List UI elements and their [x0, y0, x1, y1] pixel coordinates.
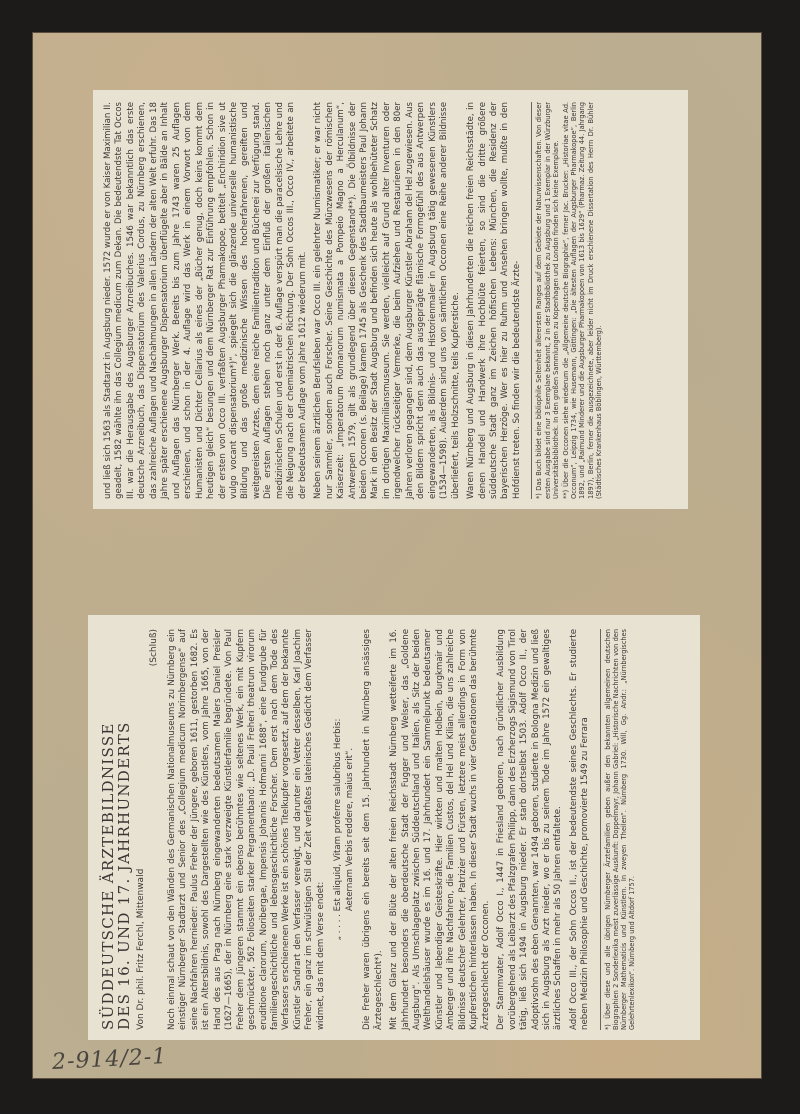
title-line-2: DES 16. UND 17. JAHRHUNDERTS — [116, 629, 132, 1030]
newspaper-clipping-right: und ließ sich 1563 als Stadtarzt in Augs… — [93, 90, 688, 509]
paragraph: und ließ sich 1563 als Stadtarzt in Augs… — [103, 102, 309, 499]
clipping-left-content: SÜDDEUTSCHE ÄRZTEBILDNISSE DES 16. UND 1… — [88, 615, 700, 1040]
verse-line-2: Aeternam Verbis reddere, maius erit“. — [345, 629, 356, 1030]
title-line-1: SÜDDEUTSCHE ÄRZTEBILDNISSE — [100, 629, 116, 1030]
clipping-right-content: und ließ sich 1563 als Stadtarzt in Augs… — [93, 90, 688, 509]
paragraph: Mit dem Glanz und der Blüte der alten fr… — [389, 629, 492, 1030]
newspaper-clipping-left: SÜDDEUTSCHE ÄRZTEBILDNISSE DES 16. UND 1… — [88, 615, 700, 1040]
footnote: *) Das Buch bildet eine bibliophile Selt… — [535, 102, 560, 499]
latin-verse: „ . . . . Est aliquid, Vitam proferre sa… — [333, 629, 356, 1030]
paragraph: Der Stammvater, Adolf Occo I., 1447 in F… — [496, 629, 565, 1030]
verse-line-1: „ . . . . Est aliquid, Vitam proferre sa… — [333, 629, 344, 1030]
continuation-note: (Schluß) — [149, 629, 160, 1030]
footnote: **) Über die Occonen siehe wiederum die … — [562, 102, 603, 499]
paragraph: Die Freher waren übrigens ein bereits se… — [362, 629, 385, 1030]
paragraph: Noch einmal schaut von den Wänden des Ge… — [167, 629, 327, 1030]
paragraph: Waren Nürnberg und Augsburg in diesen Ja… — [466, 102, 523, 499]
article-title: SÜDDEUTSCHE ÄRZTEBILDNISSE DES 16. UND 1… — [100, 629, 132, 1030]
footnotes: *) Über diese und alle übrigen Nürnberge… — [600, 629, 637, 1030]
footnotes: *) Das Buch bildet eine bibliophile Selt… — [531, 102, 603, 499]
paragraph: Neben seinem ärztlichen Berufsleben war … — [313, 102, 462, 499]
footnote: *) Über diese und alle übrigen Nürnberge… — [604, 629, 637, 1030]
article-byline: Von Dr. phil. Fritz Ferchl, Mittenwald — [136, 629, 147, 1030]
paragraph: Adolf Occo III., der Sohn Occos II., ist… — [569, 629, 592, 1030]
